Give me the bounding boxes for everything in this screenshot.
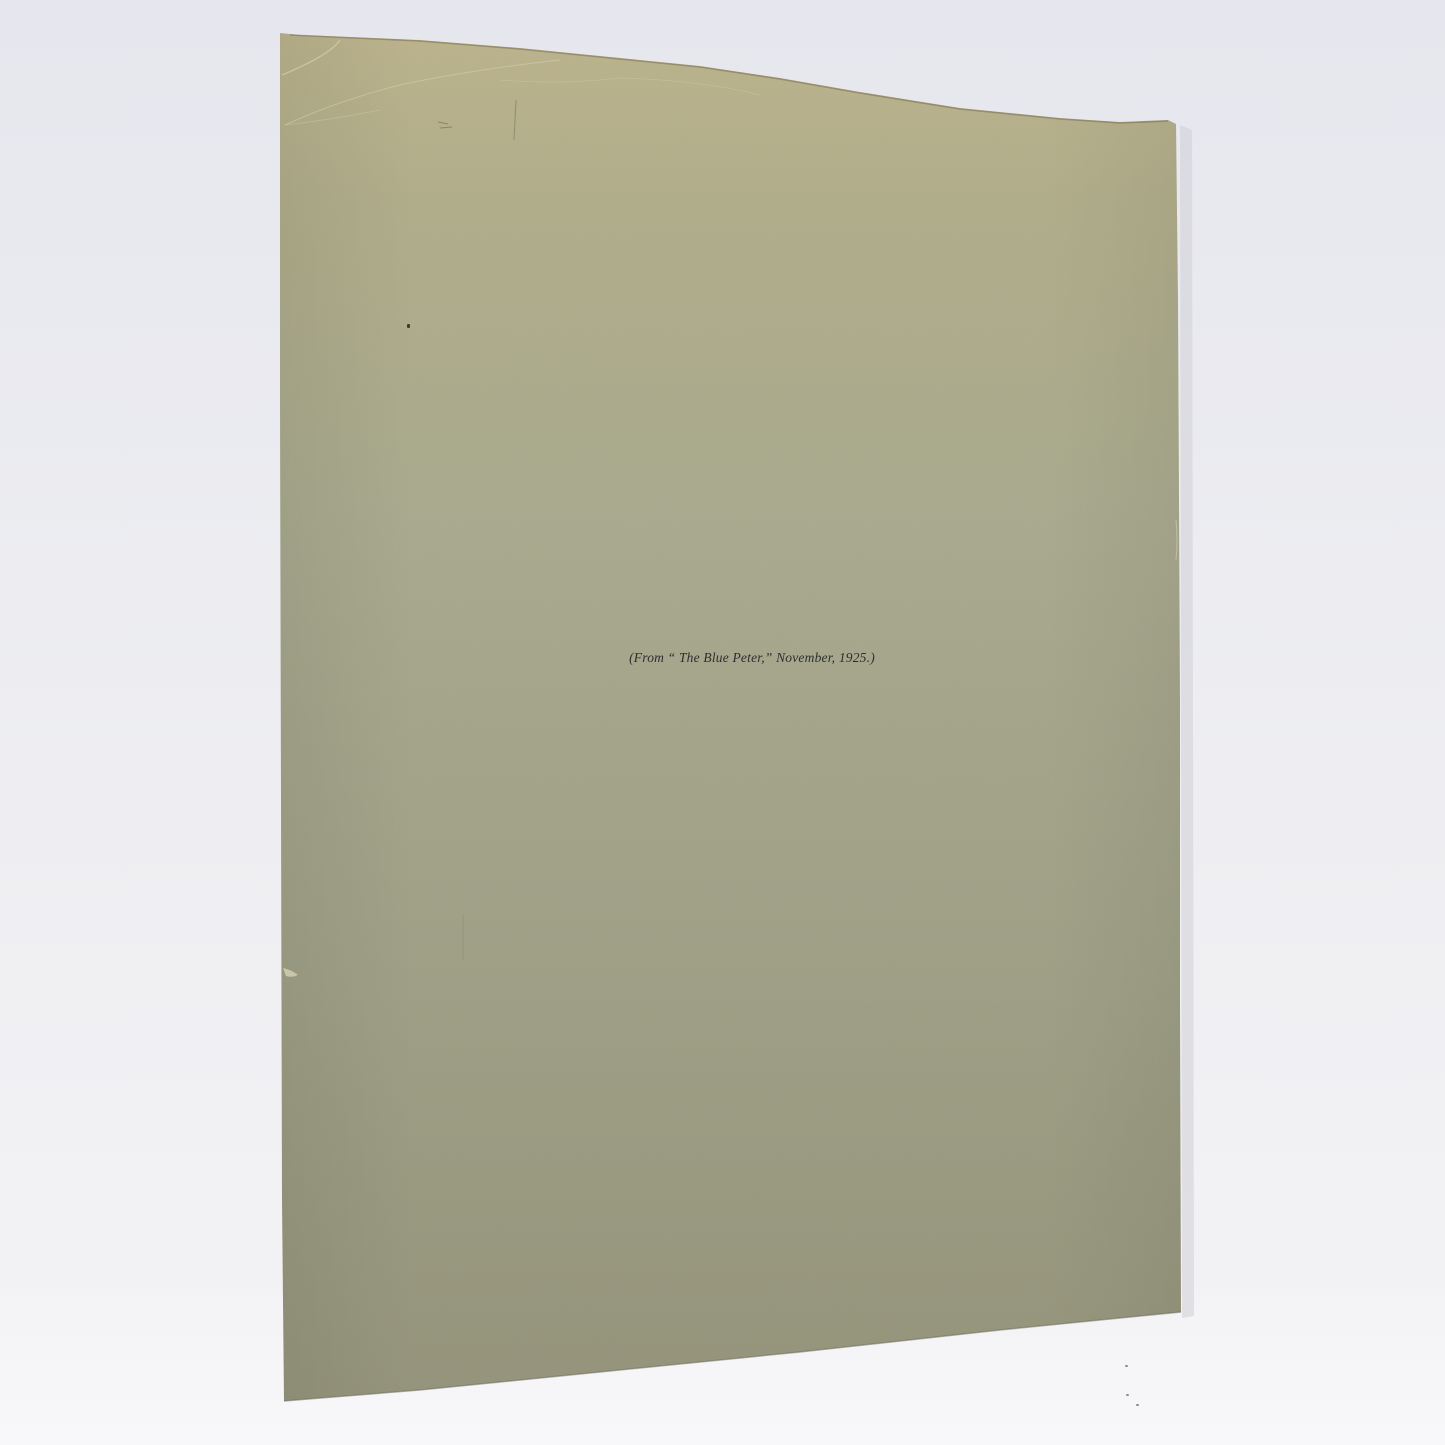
paper-shape bbox=[0, 0, 1445, 1445]
floor-dust bbox=[1125, 1365, 1128, 1367]
floor-dust bbox=[1136, 1404, 1139, 1406]
floor-dust bbox=[1126, 1394, 1129, 1396]
paper-speck bbox=[407, 324, 410, 328]
source-caption: (From “ The Blue Peter,” November, 1925.… bbox=[587, 650, 917, 666]
document-sheet bbox=[0, 0, 1445, 1445]
